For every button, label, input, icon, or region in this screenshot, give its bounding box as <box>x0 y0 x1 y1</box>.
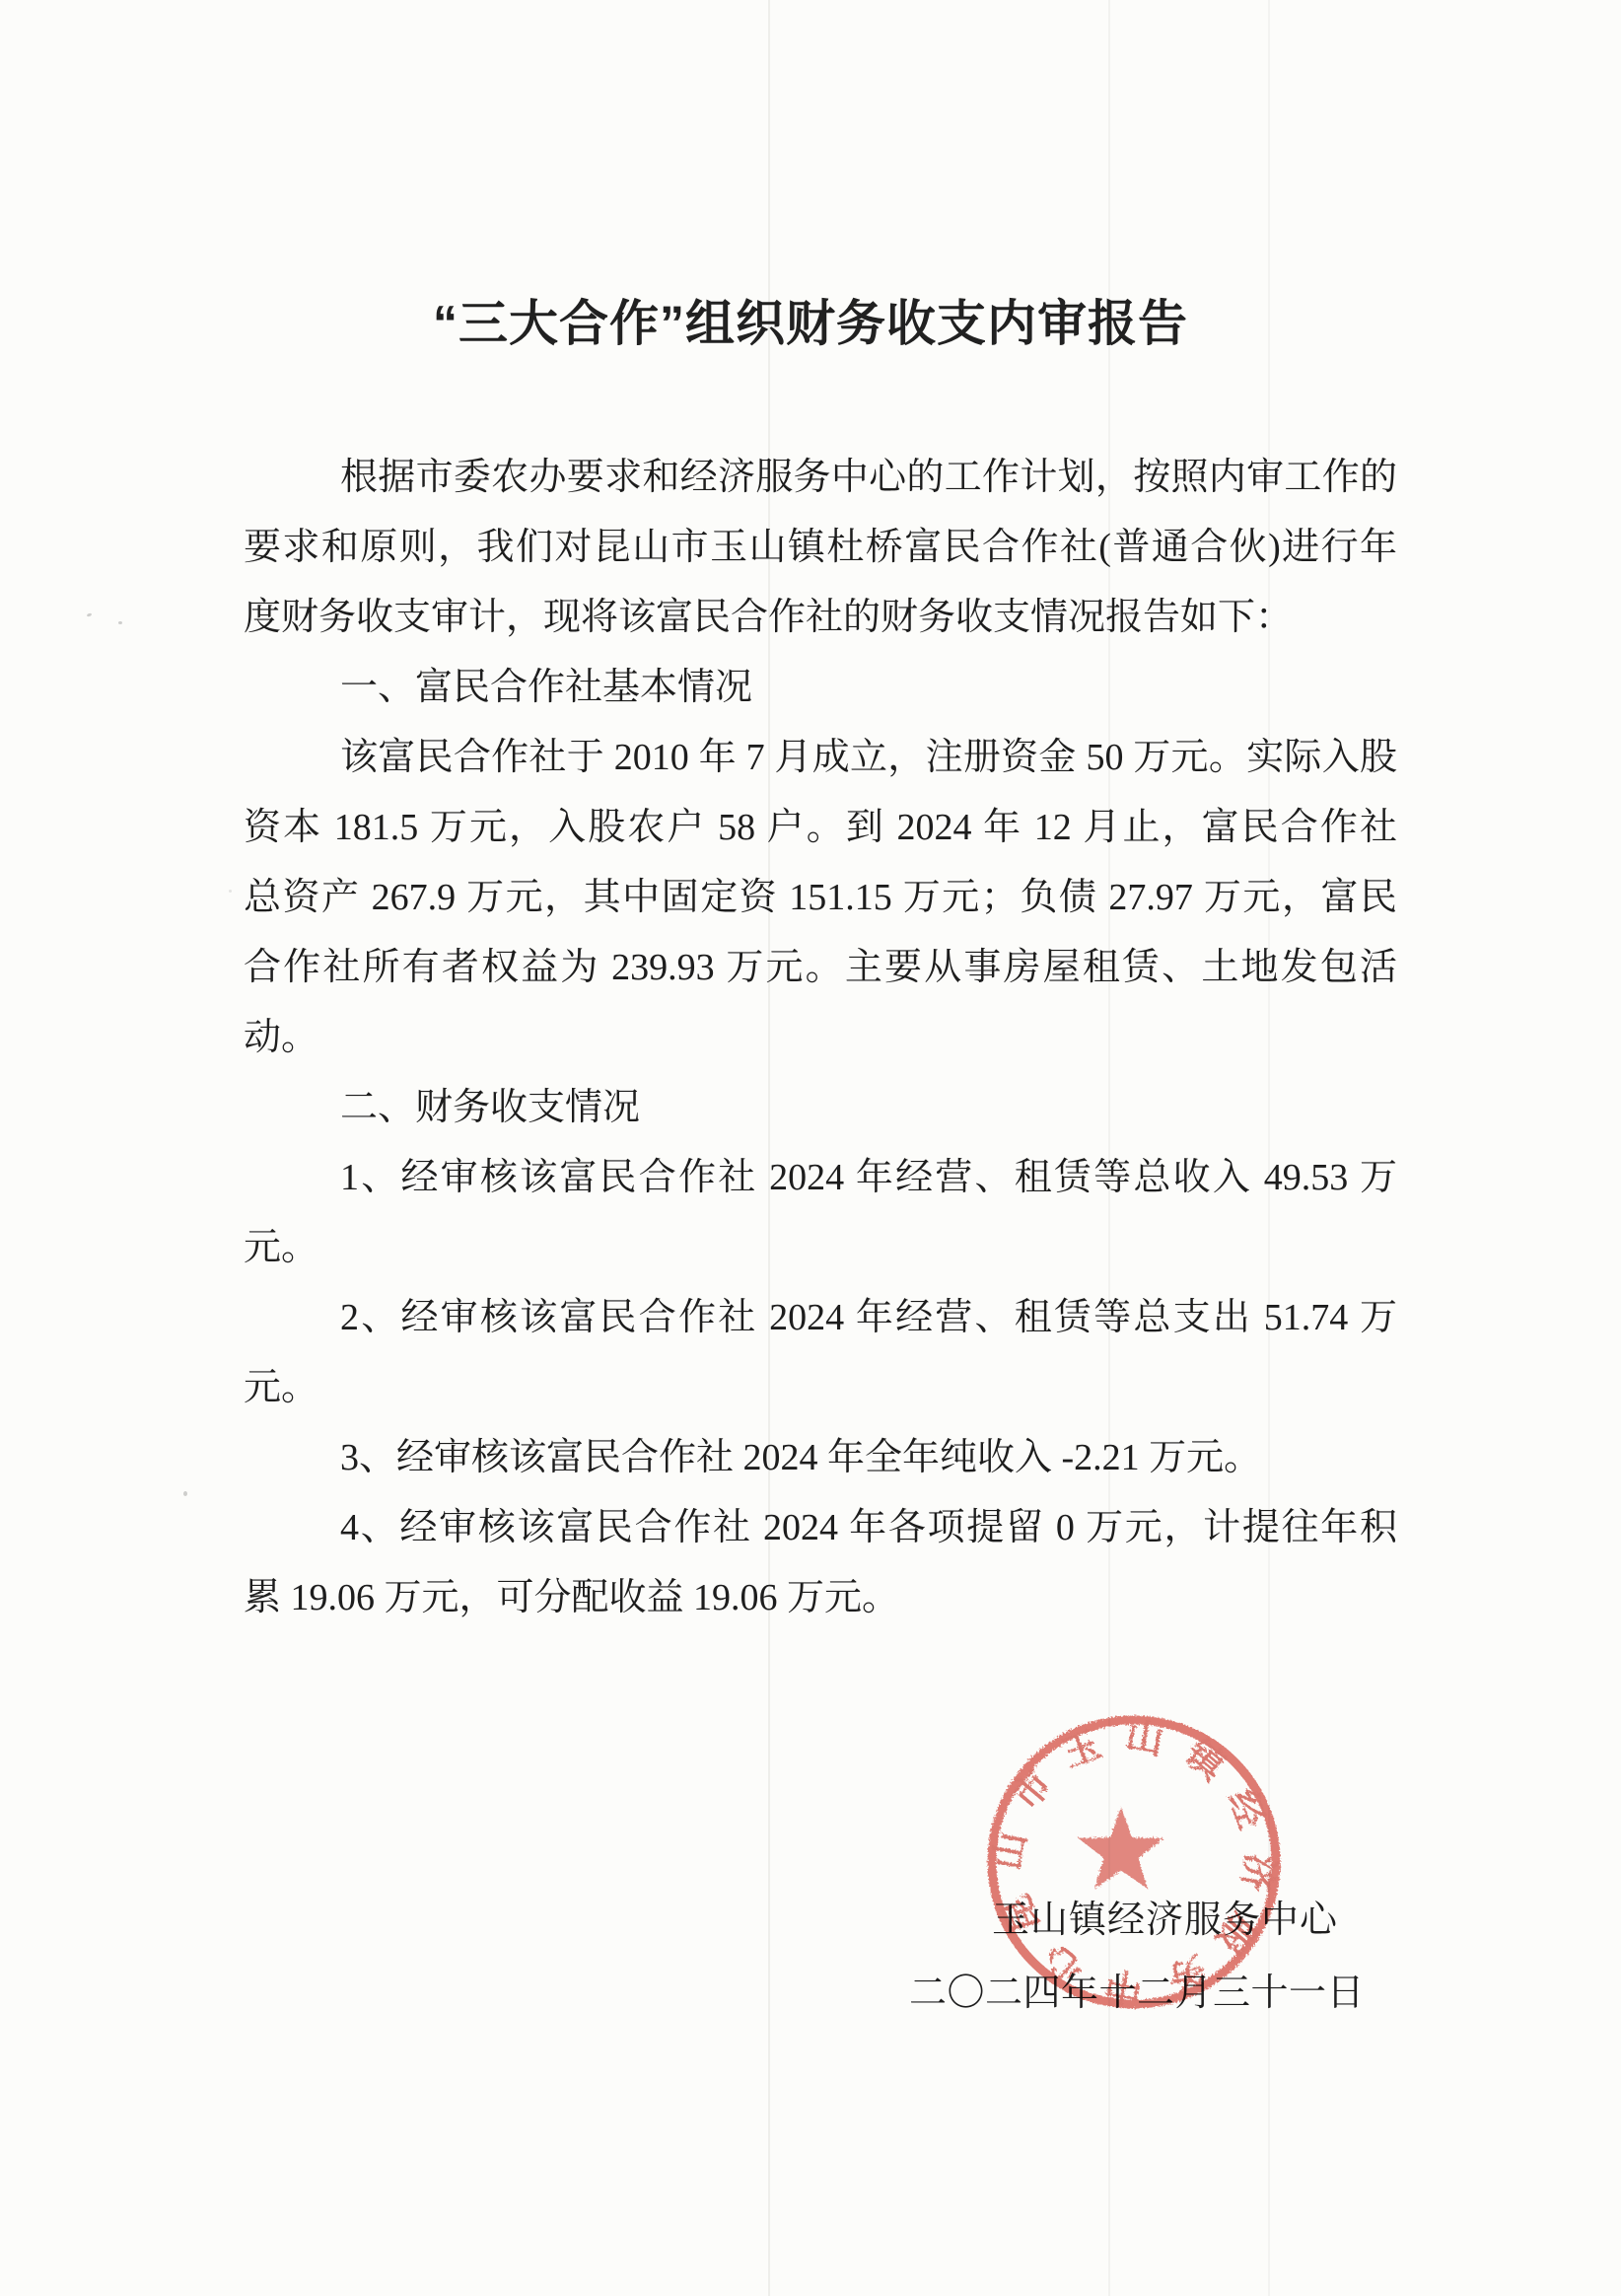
star-icon <box>1078 1807 1163 1889</box>
scan-dust-speck <box>87 612 93 617</box>
official-seal: 昆山市玉山镇经济服务中心 <box>986 1714 1282 2010</box>
scan-dust-speck <box>118 621 122 624</box>
body-line: 合作社所有者权益为 239.93 万元。主要从事房屋租赁、土地发包活 <box>244 944 1397 993</box>
body-line: 4、经审核该富民合作社 2024 年各项提留 0 万元，计提往年积 <box>244 1504 1397 1553</box>
body-line: 2、经审核该富民合作社 2024 年经营、租赁等总支出 51.74 万 <box>244 1294 1397 1343</box>
body-line: 元。 <box>244 1364 1397 1413</box>
body-line: 二、财务收支情况 <box>244 1084 1397 1133</box>
body-line: 3、经审核该富民合作社 2024 年全年纯收入 -2.21 万元。 <box>244 1434 1397 1483</box>
document-title: “三大合作”组织财务收支内审报告 <box>0 295 1621 352</box>
scan-dust-speck <box>183 1491 187 1496</box>
body-line: 1、经审核该富民合作社 2024 年经营、租赁等总收入 49.53 万 <box>244 1154 1397 1203</box>
body-line: 根据市委农办要求和经济服务中心的工作计划，按照内审工作的 <box>244 454 1397 503</box>
body-line: 元。 <box>244 1224 1397 1273</box>
body-line: 累 19.06 万元，可分配收益 19.06 万元。 <box>244 1574 1397 1623</box>
body-line: 要求和原则，我们对昆山市玉山镇杜桥富民合作社(普通合伙)进行年 <box>244 524 1397 573</box>
body-line: 资本 181.5 万元，入股农户 58 户。到 2024 年 12 月止，富民合… <box>244 804 1397 853</box>
body-line: 该富民合作社于 2010 年 7 月成立，注册资金 50 万元。实际入股 <box>244 734 1397 783</box>
body-line: 总资产 267.9 万元，其中固定资 151.15 万元；负债 27.97 万元… <box>244 874 1397 923</box>
body-line: 度财务收支审计，现将该富民合作社的财务收支情况报告如下： <box>244 594 1397 643</box>
body-line: 一、富民合作社基本情况 <box>244 664 1397 713</box>
body-line: 动。 <box>244 1014 1397 1063</box>
scanned-audit-report-page: “三大合作”组织财务收支内审报告 根据市委农办要求和经济服务中心的工作计划，按照… <box>0 0 1621 2296</box>
scan-dust-speck <box>229 890 232 893</box>
